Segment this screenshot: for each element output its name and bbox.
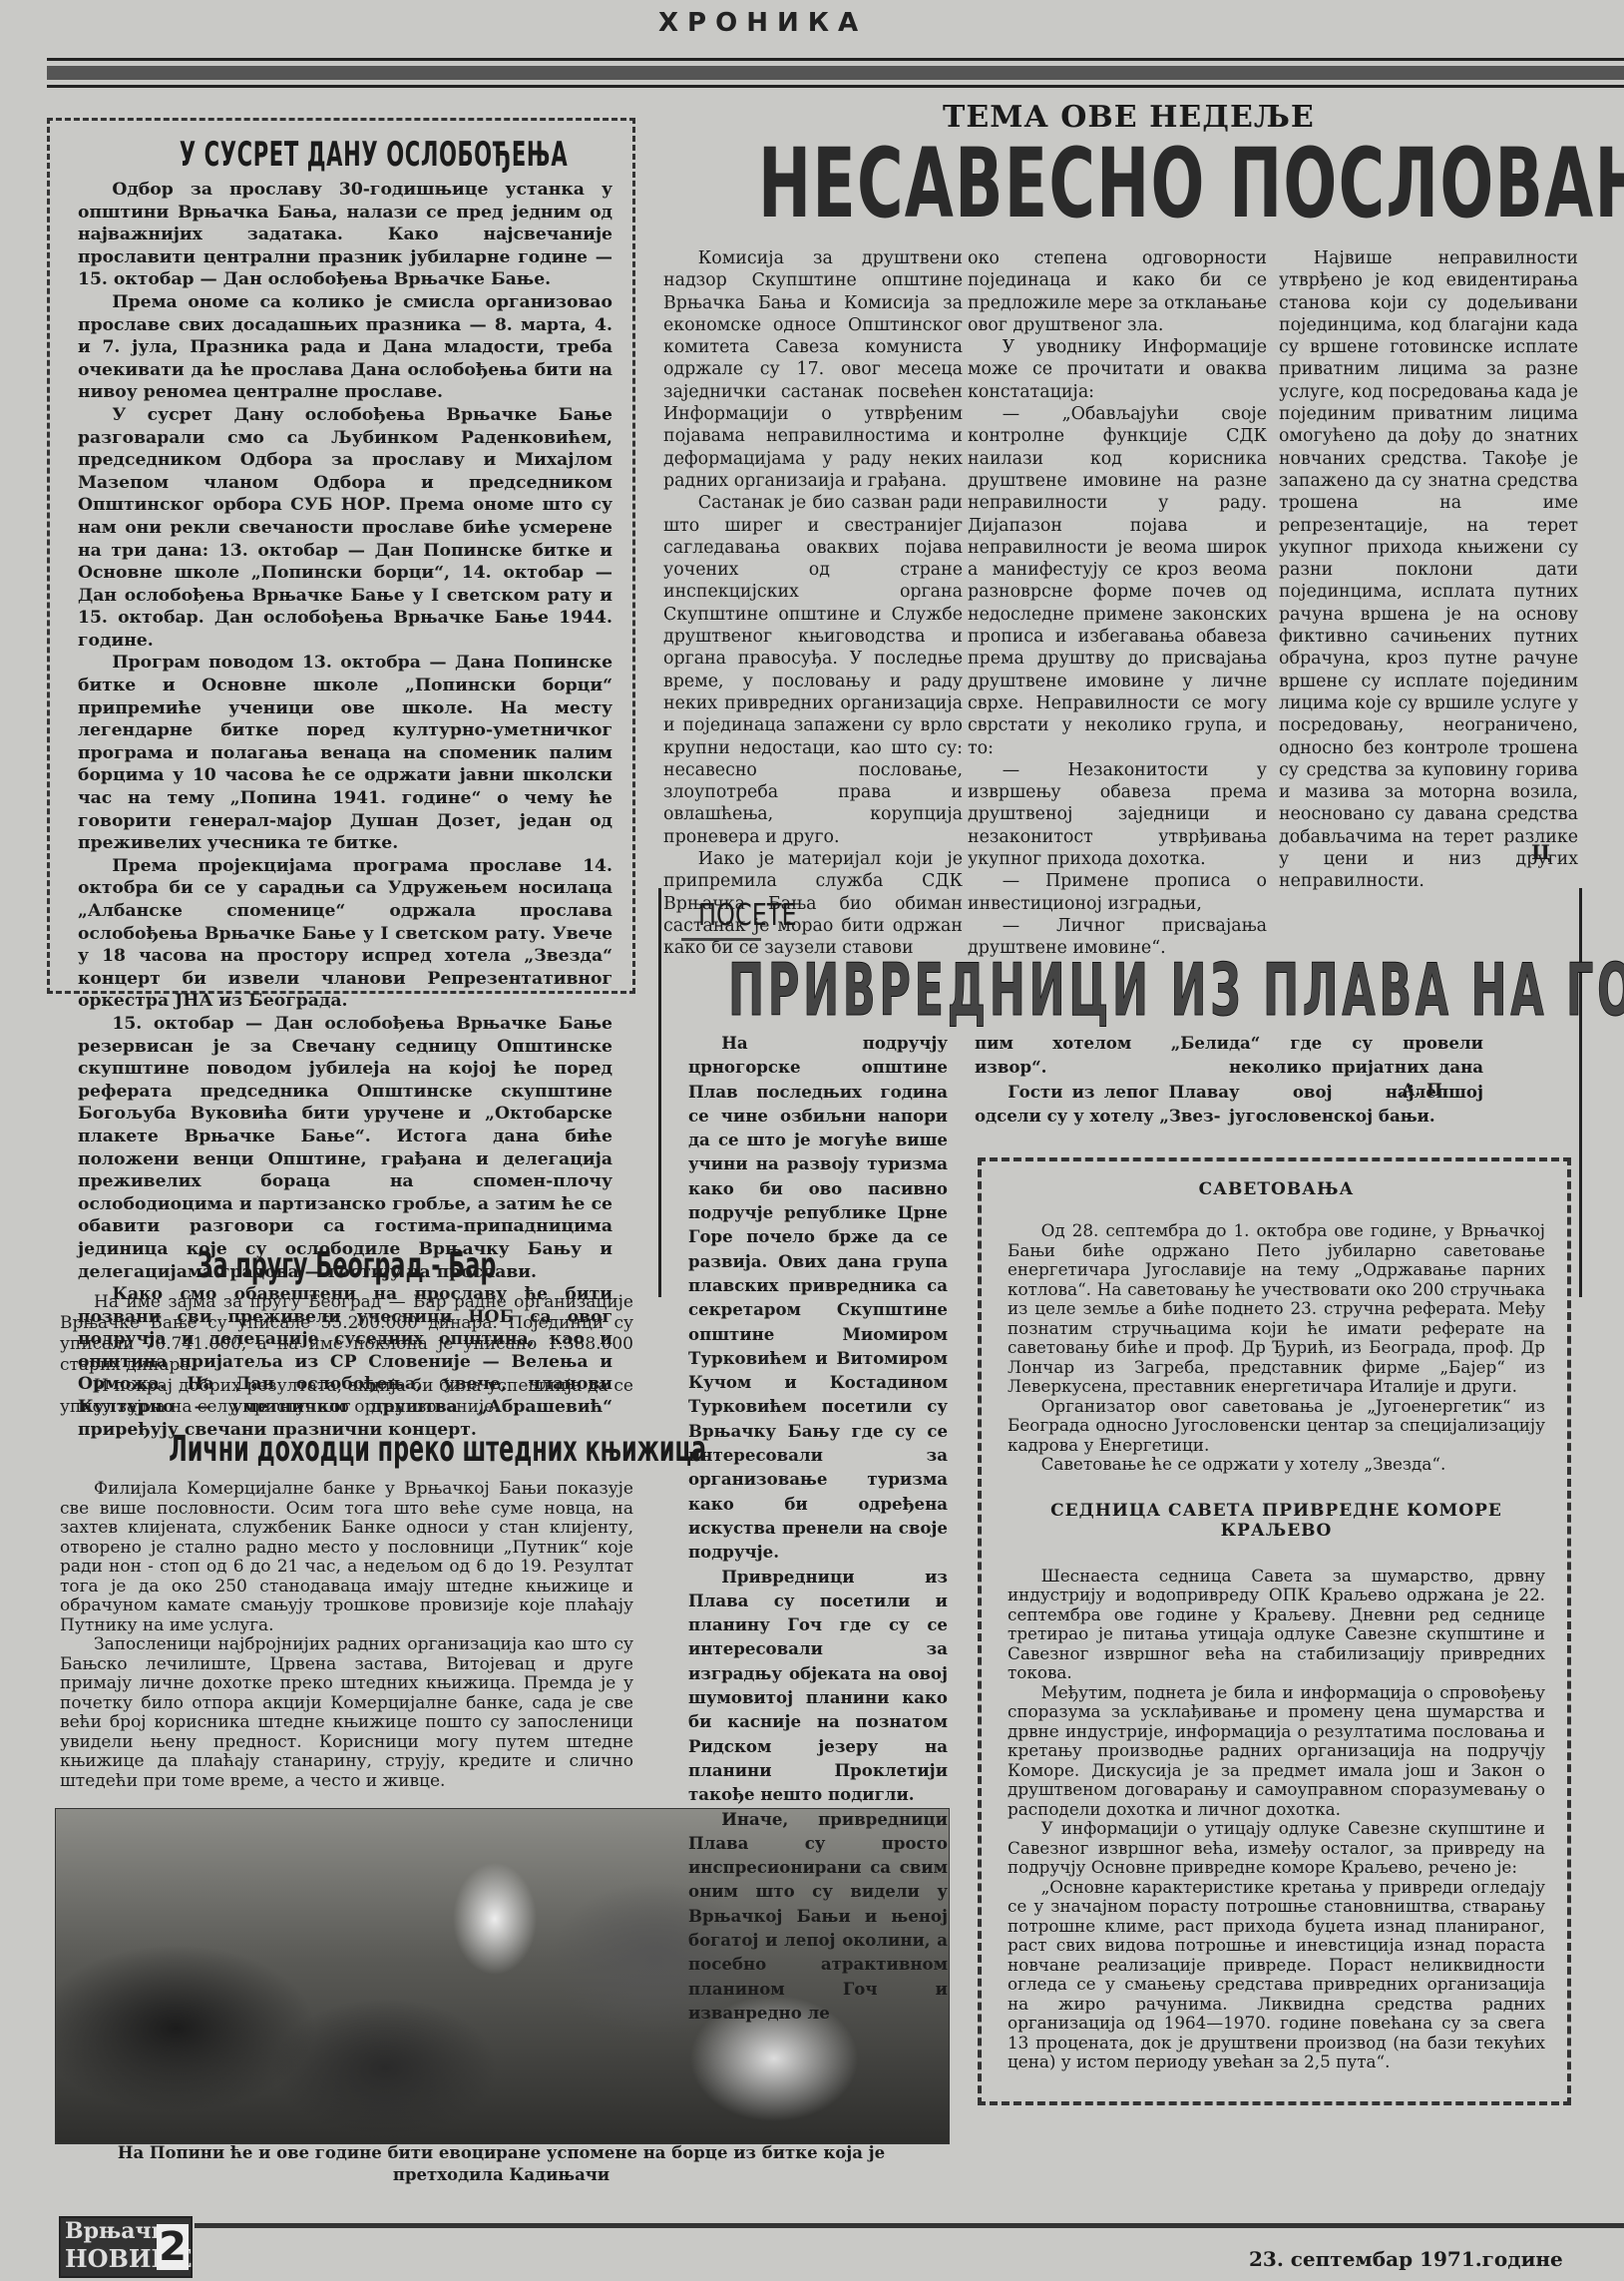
paragraph: Саветовање ће се одржати у хотелу „Звезд… [1008,1455,1545,1475]
paragraph: Запосленици најбројнијих радних организа… [60,1635,633,1791]
chamber-title: СЕДНИЦА САВЕТА ПРИВРЕДНЕ КОМОРЕ КРАЉЕВО [1008,1501,1545,1541]
paragraph: И покрај добрих резултата, акција би бил… [60,1376,633,1418]
footer-rule [195,2223,1624,2228]
top-rule-divider [47,58,1624,88]
paragraph: Састанак је био сазван ради што ширег и … [663,492,963,848]
article-railway: За пругу Београд - Бар На име зајма за п… [60,1245,633,1418]
visits-underline [681,938,761,941]
page-number: 2 [157,2224,189,2270]
theme-headline: НЕСАВЕСНО ПОСЛОВАЊЕ [758,128,1496,237]
paragraph: 15. октобар — Дан ослобођења Врњачке Бањ… [78,1013,612,1283]
paragraph: Одбор за прославу 30-годишњице устанка у… [78,179,612,291]
paragraph: Комисија за друштвени надзор Скупштине о… [663,247,963,492]
section-label: ХРОНИКА [658,8,867,38]
article-railway-title: За пругу Београд - Бар [169,1245,525,1286]
visits-column-2: пим хотелом „Бели извор“. Гости из лепог… [975,1031,1229,1128]
theme-title: НЕСАВЕСНО ПОСЛОВАЊЕ [758,128,1245,239]
paragraph: Највише неправилности утврђено је код ев… [1279,247,1578,893]
visits-column-1: На подручју црногорске општине Плав посл… [688,1031,948,2025]
conference-title: САВЕТОВАЊА [1008,1179,1545,1199]
paragraph: око степена одговорности појединаца и ка… [968,247,1267,336]
paragraph: Филијала Комерцијалне банке у Врњачкој Б… [60,1480,633,1635]
theme-column-1: Комисија за друштвени надзор Скупштине о… [663,247,963,960]
article-liberation-title: У СУСРЕТ ДАНУ ОСЛОБОЂЕЊА [180,135,511,175]
paragraph: Према пројекцијама програма прославе 14.… [78,855,612,1013]
article-bank: Лични доходци преко штедних књижица Фили… [60,1429,633,1791]
theme-column-3: Највише неправилности утврђено је код ев… [1279,247,1578,893]
paragraph: У информацији о утицају одлуке Савезне с… [1008,1819,1545,1878]
visits-signature: А. П. [1402,1080,1448,1100]
paragraph: Од 28. септембра до 1. октобра ове годин… [1008,1221,1545,1397]
paragraph: Према ономе са колико је смисла организо… [78,291,612,404]
issue-date: 23. септембар 1971.године [1249,2247,1563,2271]
paragraph: На подручју црногорске општине Плав посл… [688,1031,948,1565]
theme-signature: Ц [1531,840,1550,864]
article-bank-title: Лични доходци преко штедних књижица [169,1429,525,1470]
newspaper-masthead: Врњачке НОВИНЕ 2 [59,2216,193,2278]
paragraph: „Основне карактеристике кретања у привре… [1008,1878,1545,2072]
visits-title: ПРИВРЕДНИЦИ ИЗ ПЛАВА НА ГОЧУ [728,948,1624,1032]
theme-column-2: око степена одговорности појединаца и ка… [968,247,1267,960]
visits-headline: ПРИВРЕДНИЦИ ИЗ ПЛАВА НА ГОЧУ [728,948,1624,1032]
paragraph: Шеснаеста седница Савета за шумарство, д… [1008,1567,1545,1683]
paragraph: — „Обављајући своје контролне функције С… [968,403,1267,759]
paragraph: У сусрет Дану ослобођења Врњачке Бање ра… [78,404,612,653]
paragraph: Иначе, привредници Плава су просто инспр… [688,1807,948,2026]
paragraph: пим хотелом „Бели извор“. [975,1031,1229,1080]
photo-caption: На Попини ће и ове године бити евоциране… [75,2142,928,2186]
paragraph: Привредници из Плава су посетили и плани… [688,1565,948,1807]
paragraph: Међутим, поднета је била и информација о… [1008,1683,1545,1820]
paragraph: Програм поводом 13. октобра — Дана Попин… [78,652,612,854]
conference-box: САВЕТОВАЊА Од 28. септембра до 1. октобр… [978,1157,1571,2105]
paragraph: Гости из лепог Плава одсели су у хотелу … [975,1080,1229,1129]
paragraph: У уводнику Информације може се прочитати… [968,336,1267,403]
article-liberation-box: У СУСРЕТ ДАНУ ОСЛОБОЂЕЊА Одбор за просла… [47,118,635,994]
paragraph: — Незаконитости у извршењу обавеза према… [968,759,1267,870]
paragraph: Организатор овог саветовања је „Југоенер… [1008,1397,1545,1456]
paragraph: На име зајма за пругу Београд — Бар радн… [60,1292,633,1376]
visits-label: ПОСЕТЕ [698,898,797,933]
